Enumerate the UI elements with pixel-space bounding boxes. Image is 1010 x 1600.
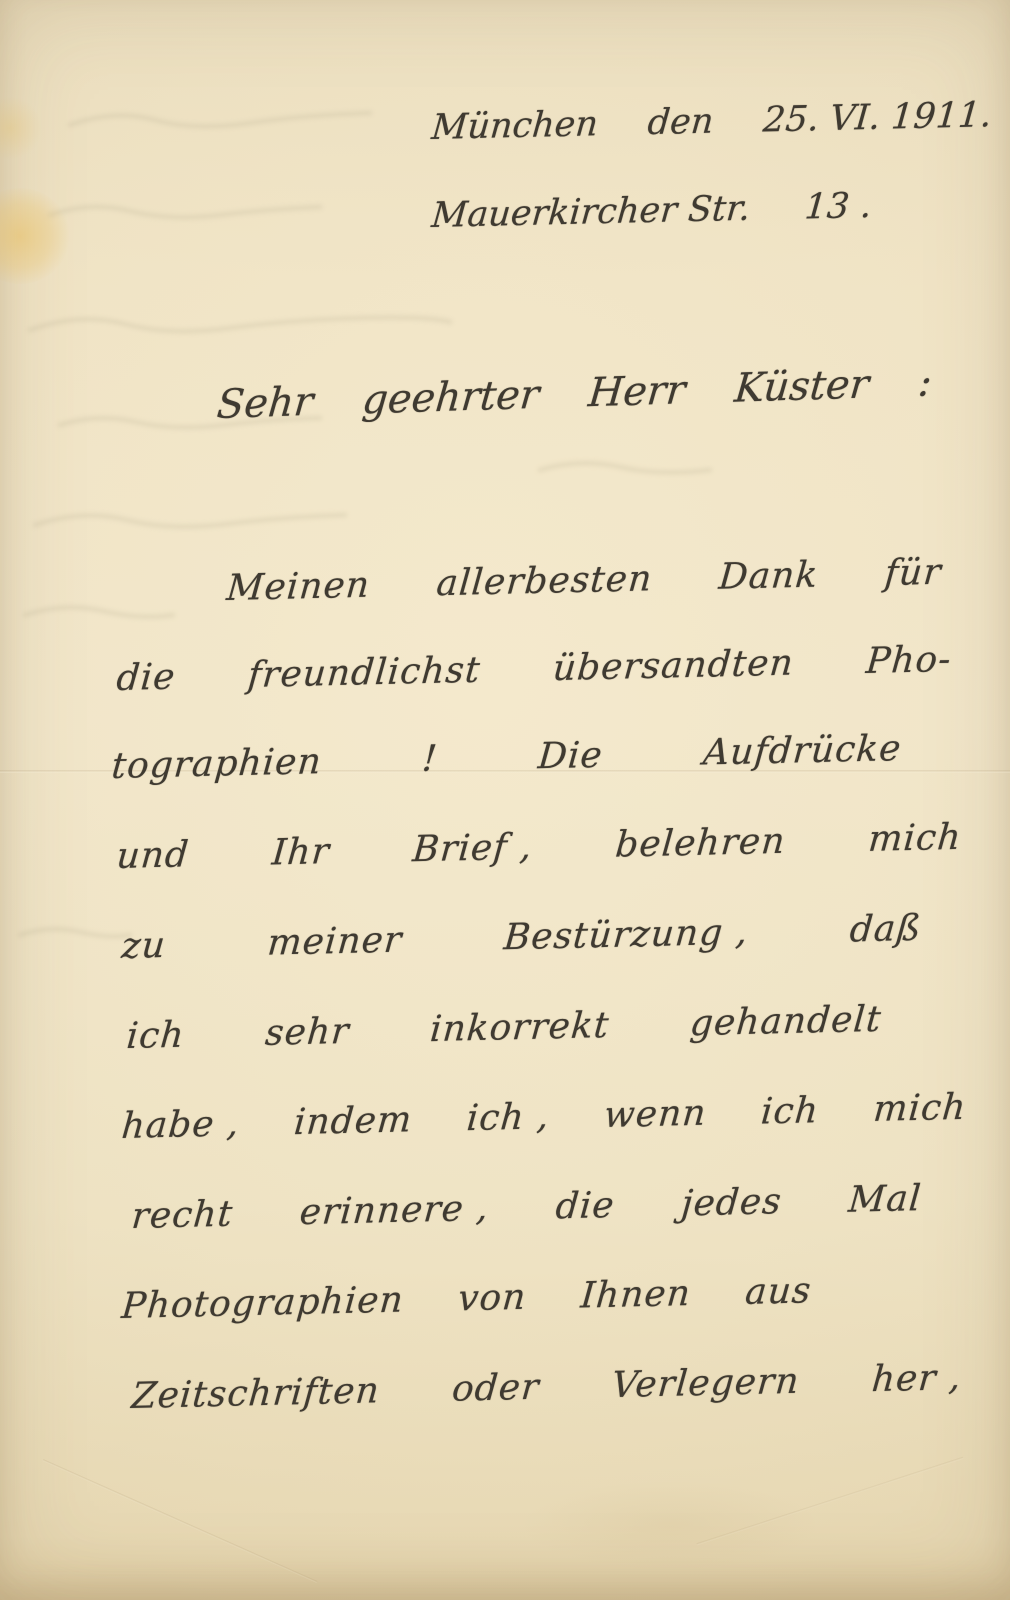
- word: wenn: [602, 1093, 708, 1136]
- word: mich: [872, 1087, 968, 1130]
- word: Mal: [847, 1178, 923, 1221]
- word: ich ,: [465, 1096, 551, 1139]
- word: mich: [867, 817, 963, 860]
- word: oder: [450, 1367, 541, 1410]
- word: meiner: [266, 920, 404, 964]
- word: inkorrekt: [428, 1005, 611, 1050]
- word: habe ,: [120, 1103, 241, 1147]
- word: die: [554, 1185, 616, 1227]
- word: gehandelt: [688, 999, 883, 1044]
- word: freundlichst: [246, 650, 482, 696]
- word: indem: [292, 1099, 414, 1143]
- addressee-name: Küster: [733, 361, 871, 411]
- word: von: [457, 1277, 529, 1320]
- word: erinnere ,: [298, 1188, 490, 1233]
- word: allerbesten: [435, 558, 654, 604]
- word: ich: [125, 1015, 186, 1057]
- street-number: 13 .: [803, 186, 873, 228]
- word: belehren: [614, 821, 787, 866]
- exclamation-mark: !: [421, 739, 440, 780]
- word: Verlegern: [610, 1361, 801, 1406]
- word: Photographien: [120, 1280, 405, 1327]
- word: Die: [536, 735, 604, 778]
- place-word: München: [430, 104, 600, 148]
- word: Ihnen: [579, 1273, 692, 1317]
- salutation-word: Herr: [586, 367, 687, 416]
- word: tographien: [110, 741, 323, 787]
- word: sehr: [264, 1011, 352, 1054]
- word: für: [883, 552, 943, 594]
- word: Pho-: [865, 639, 954, 682]
- street-name: Mauerkircher Str.: [430, 189, 752, 236]
- word: aus: [744, 1270, 813, 1313]
- salutation-word: geehrter: [360, 372, 541, 424]
- word: Bestürzung ,: [502, 912, 750, 959]
- letter-page: München den 25. VI. 1911. Mauerkircher S…: [0, 0, 1010, 1600]
- date-value: 25. VI. 1911.: [762, 95, 994, 140]
- word: Brief ,: [411, 826, 534, 870]
- salutation-word: Sehr: [215, 379, 315, 428]
- word: Meinen: [225, 565, 372, 609]
- word: daß: [848, 908, 923, 951]
- word: ich: [759, 1090, 820, 1132]
- word: recht: [130, 1194, 235, 1237]
- word: zu: [120, 925, 168, 967]
- word: Dank: [717, 554, 820, 597]
- word: und: [115, 834, 191, 877]
- word: übersandten: [551, 643, 795, 690]
- word: Aufdrücke: [702, 728, 904, 774]
- word: die: [115, 657, 177, 699]
- den-word: den: [646, 102, 715, 144]
- word: Zeitschriften: [130, 1370, 381, 1417]
- word: jedes: [680, 1181, 784, 1224]
- word: Ihr: [270, 831, 331, 873]
- word: her ,: [870, 1357, 963, 1400]
